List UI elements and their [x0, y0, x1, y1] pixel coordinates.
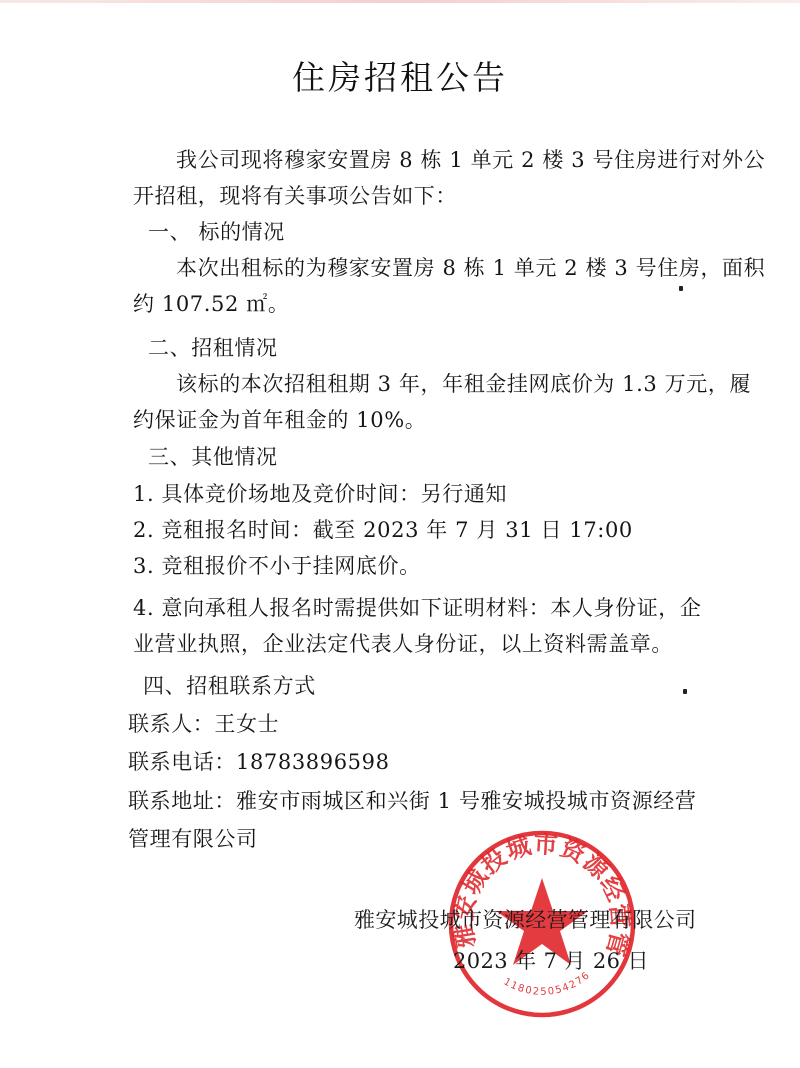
section-1-line-2: 约 107.52 ㎡。 — [133, 290, 289, 318]
section-3-item-3: 3. 竞租报价不小于挂网底价。 — [133, 552, 421, 580]
section-2-line-2: 约保证金为首年租金的 10%。 — [133, 406, 426, 434]
signature-company: 雅安城投城市资源经营管理有限公司 — [354, 906, 696, 934]
scan-edge — [0, 0, 800, 3]
contact-address-line-2: 管理有限公司 — [128, 825, 258, 853]
section-4-heading: 四、招租联系方式 — [143, 672, 316, 700]
contact-address-line-1: 联系地址：雅安市雨城区和兴街 1 号雅安城投城市资源经营 — [128, 787, 697, 815]
section-3-item-1: 1. 具体竞价场地及竞价时间：另行通知 — [133, 480, 507, 508]
contact-phone: 联系电话：18783896598 — [128, 748, 390, 776]
svg-text:雅安城投城市资源经营管理有限公司: 雅安城投城市资源经营管理有限公司 — [446, 828, 636, 960]
contact-person: 联系人：王女士 — [128, 710, 279, 738]
section-3-item-4: 4. 意向承租人报名时需提供如下证明材料：本人身份证，企 — [133, 594, 702, 622]
section-3-item-4-cont: 业营业执照，企业法定代表人身份证，以上资料需盖章。 — [133, 630, 673, 658]
page-title: 住房招租公告 — [0, 52, 800, 99]
section-2-line-1: 该标的本次招租租期 3 年，年租金挂网底价为 1.3 万元，履 — [176, 370, 751, 398]
scan-speck — [679, 286, 683, 291]
signature-date: 2023 年 7 月 26 日 — [453, 947, 649, 975]
section-3-item-2: 2. 竞租报名时间：截至 2023 年 7 月 31 日 17:00 — [133, 516, 633, 544]
section-2-heading: 二、招租情况 — [148, 334, 278, 362]
scan-speck — [683, 689, 687, 694]
intro-line-1: 我公司现将穆家安置房 8 栋 1 单元 2 楼 3 号住房进行对外公 — [176, 146, 765, 174]
section-1-heading: 一、 标的情况 — [148, 218, 285, 246]
section-3-heading: 三、其他情况 — [148, 443, 278, 471]
section-1-line-1: 本次出租标的为穆家安置房 8 栋 1 单元 2 楼 3 号住房，面积 — [176, 254, 765, 282]
intro-line-2: 开招租，现将有关事项公告如下： — [133, 182, 457, 210]
